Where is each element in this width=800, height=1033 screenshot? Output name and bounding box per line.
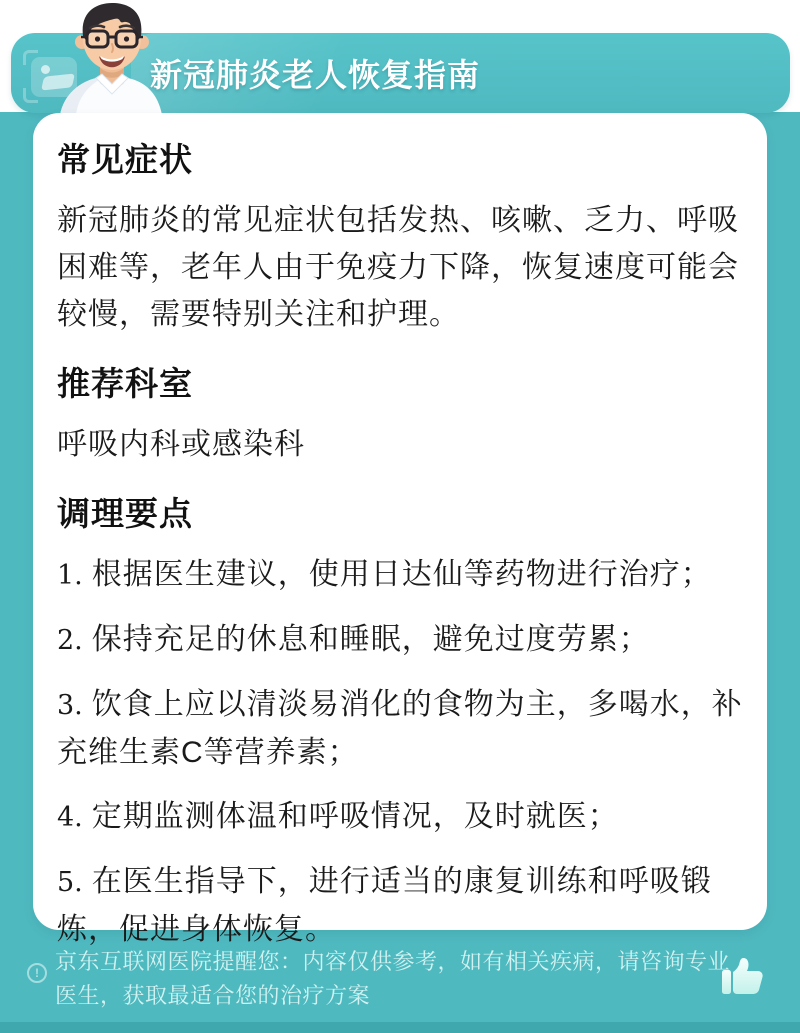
care-point-2: 2.保持充足的休息和睡眠，避免过度劳累；	[57, 616, 743, 664]
care-point-number: 4.	[57, 802, 83, 833]
section-heading-department: 推荐科室	[57, 364, 743, 404]
disclaimer-footer: ! 京东互联网医院提醒您：内容仅供参考，如有相关疾病，请咨询专业医生，获取最适合…	[0, 942, 800, 1022]
page-title: 新冠肺炎老人恢复指南	[150, 50, 480, 96]
thumbs-up-icon[interactable]	[721, 956, 765, 998]
content-card: 常见症状 新冠肺炎的常见症状包括发热、咳嗽、乏力、呼吸困难等，老年人由于免疫力下…	[33, 113, 767, 930]
section-heading-symptoms: 常见症状	[57, 140, 743, 180]
care-point-3: 3.饮食上应以清淡易消化的食物为主，多喝水，补充维生素C等营养素；	[57, 681, 743, 776]
care-point-text: 根据医生建议，使用日达仙等药物进行治疗；	[92, 558, 712, 591]
department-body: 呼吸内科或感染科	[57, 421, 743, 468]
section-heading-care: 调理要点	[57, 494, 743, 534]
care-point-text: 保持充足的休息和睡眠，避免过度劳累；	[92, 623, 650, 656]
care-point-text: 在医生指导下，进行适当的康复训练和呼吸锻炼，促进身体恢复。	[57, 865, 712, 946]
care-point-number: 5.	[57, 867, 83, 898]
care-point-text: 饮食上应以清淡易消化的食物为主，多喝水，补充维生素C等营养素；	[57, 688, 743, 769]
care-point-number: 3.	[57, 690, 83, 721]
exclamation-circle-icon: !	[27, 963, 47, 983]
care-point-number: 2.	[57, 625, 83, 656]
care-point-text: 定期监测体温和呼吸情况，及时就医；	[92, 800, 619, 833]
health-guide-page: 新冠肺炎老人恢复指南 常见症状 新冠肺炎的常见症状包括发热、咳嗽、乏力、呼吸困难…	[0, 0, 800, 1033]
disclaimer-text: 京东互联网医院提醒您：内容仅供参考，如有相关疾病，请咨询专业医生，获取最适合您的…	[55, 945, 731, 1013]
care-point-5: 5.在医生指导下，进行适当的康复训练和呼吸锻炼，促进身体恢复。	[57, 858, 743, 953]
care-point-1: 1.根据医生建议，使用日达仙等药物进行治疗；	[57, 551, 743, 599]
bottom-edge-strip	[0, 1022, 800, 1033]
symptoms-body: 新冠肺炎的常见症状包括发热、咳嗽、乏力、呼吸困难等，老年人由于免疫力下降，恢复速…	[57, 197, 743, 338]
care-point-number: 1.	[57, 560, 83, 591]
care-point-4: 4.定期监测体温和呼吸情况，及时就医；	[57, 793, 743, 841]
